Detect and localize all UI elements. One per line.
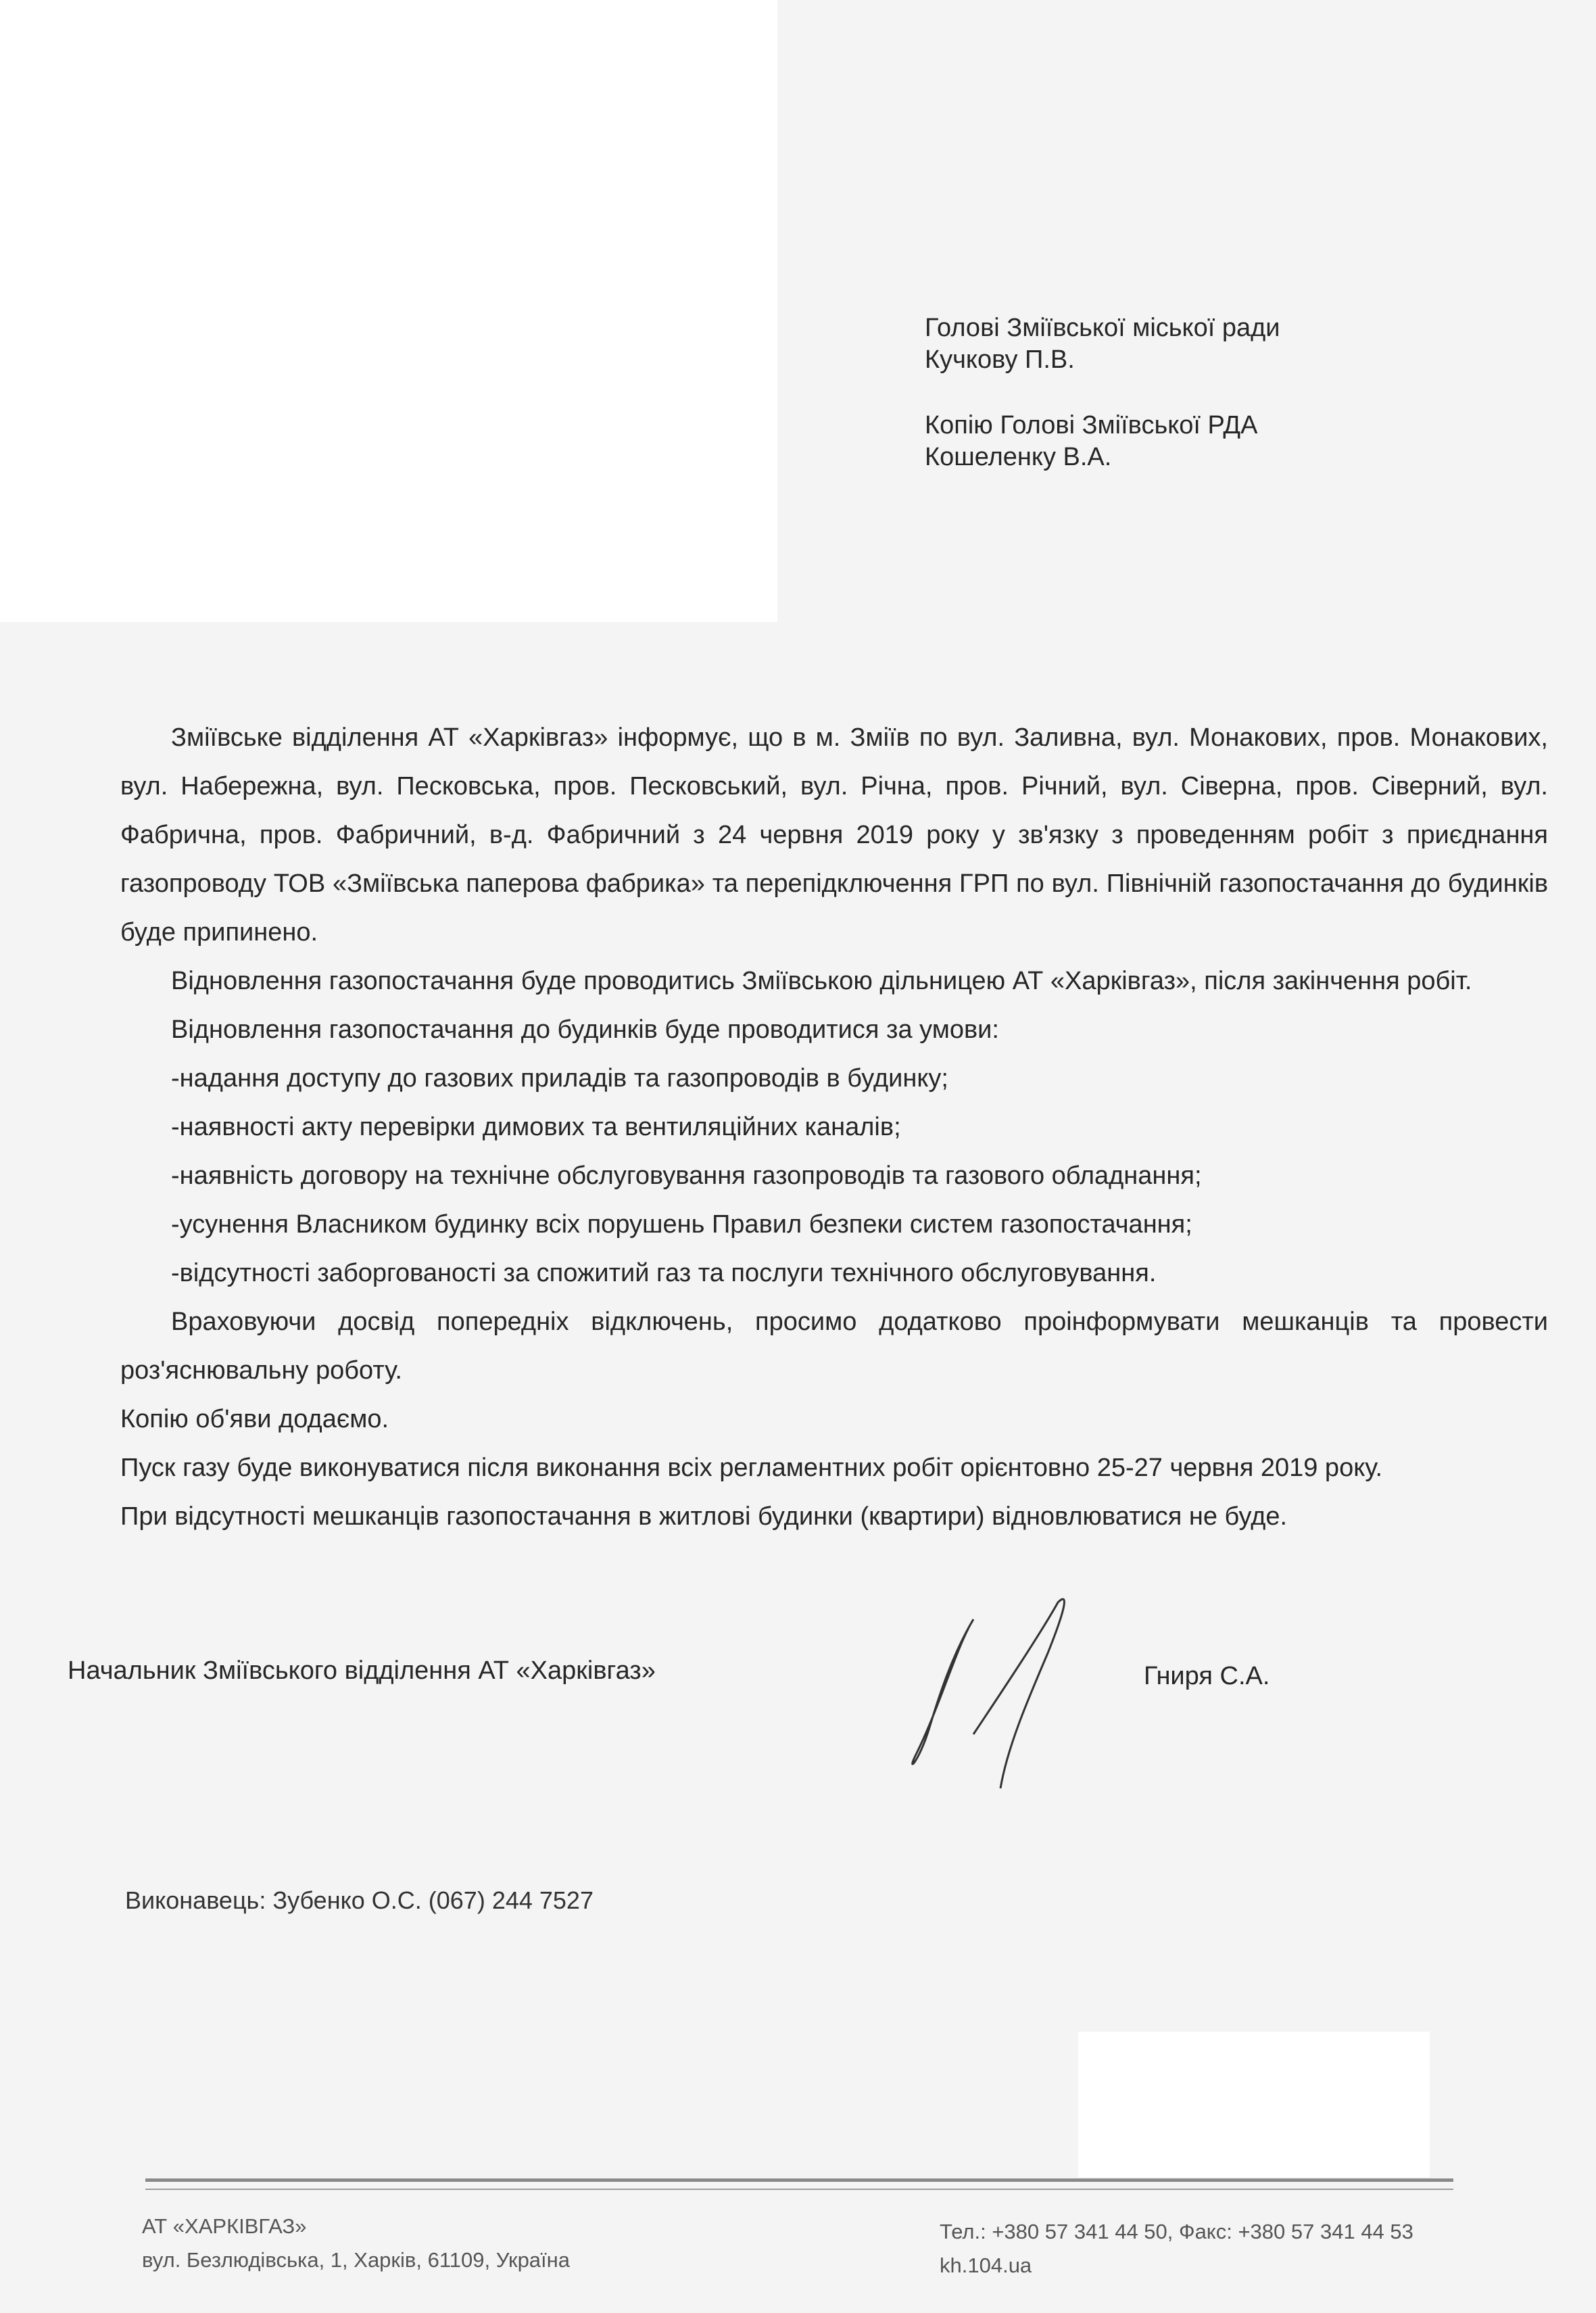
paragraph-conditions-intro: Відновлення газопостачання до будинків б… — [120, 1005, 1548, 1054]
copy-recipient-line-1: Копію Голові Зміївської РДА — [925, 410, 1280, 442]
footer-divider-thin — [145, 2189, 1453, 2190]
footer-contact-block: Тел.: +380 57 341 44 50, Факс: +380 57 3… — [940, 2215, 1413, 2283]
paragraph-notice: Зміївське відділення АТ «Харківгаз» інфо… — [120, 713, 1548, 957]
footer-address: вул. Безлюдівська, 1, Харків, 61109, Укр… — [142, 2243, 570, 2277]
paragraph-absence-warning: При відсутності мешканців газопостачання… — [120, 1492, 1548, 1541]
condition-item: -наявність договору на технічне обслугов… — [120, 1151, 1548, 1200]
footer-divider-thick — [145, 2178, 1453, 2182]
addressee-line-2: Кучкову П.В. — [925, 344, 1280, 376]
condition-item: -усунення Власником будинку всіх порушен… — [120, 1200, 1548, 1249]
condition-item: -надання доступу до газових приладів та … — [120, 1054, 1548, 1103]
paragraph-attachment: Копію об'яви додаємо. — [120, 1395, 1548, 1444]
footer-website: kh.104.ua — [940, 2249, 1413, 2283]
footer-phones: Тел.: +380 57 341 44 50, Факс: +380 57 3… — [940, 2215, 1413, 2249]
copy-recipient-line-2: Кошеленку В.А. — [925, 442, 1280, 473]
signatory-title: Начальник Зміївського відділення АТ «Хар… — [68, 1656, 656, 1686]
redacted-stamp-area — [1078, 2032, 1430, 2177]
addressee-line-1: Голові Зміївської міської ради — [925, 312, 1280, 344]
signature-row: Начальник Зміївського відділення АТ «Хар… — [68, 1656, 1420, 1711]
signatory-name: Гниря С.А. — [1144, 1662, 1269, 1691]
condition-item: -відсутності заборгованості за спожитий … — [120, 1249, 1548, 1297]
letter-body: Зміївське відділення АТ «Харківгаз» інфо… — [120, 713, 1548, 1541]
paragraph-restoration: Відновлення газопостачання буде проводит… — [120, 957, 1548, 1005]
paragraph-gas-start: Пуск газу буде виконуватися після викона… — [120, 1444, 1548, 1492]
footer-company-block: АТ «ХАРКІВГАЗ» вул. Безлюдівська, 1, Хар… — [142, 2210, 570, 2277]
paragraph-request: Враховуючи досвід попередніх відключень,… — [120, 1297, 1548, 1395]
redacted-letterhead-area — [0, 0, 777, 622]
footer-company-name: АТ «ХАРКІВГАЗ» — [142, 2210, 570, 2243]
executor-contact: Виконавець: Зубенко О.С. (067) 244 7527 — [125, 1886, 594, 1915]
condition-item: -наявності акту перевірки димових та вен… — [120, 1103, 1548, 1151]
addressee-block: Голові Зміївської міської ради Кучкову П… — [925, 312, 1280, 473]
